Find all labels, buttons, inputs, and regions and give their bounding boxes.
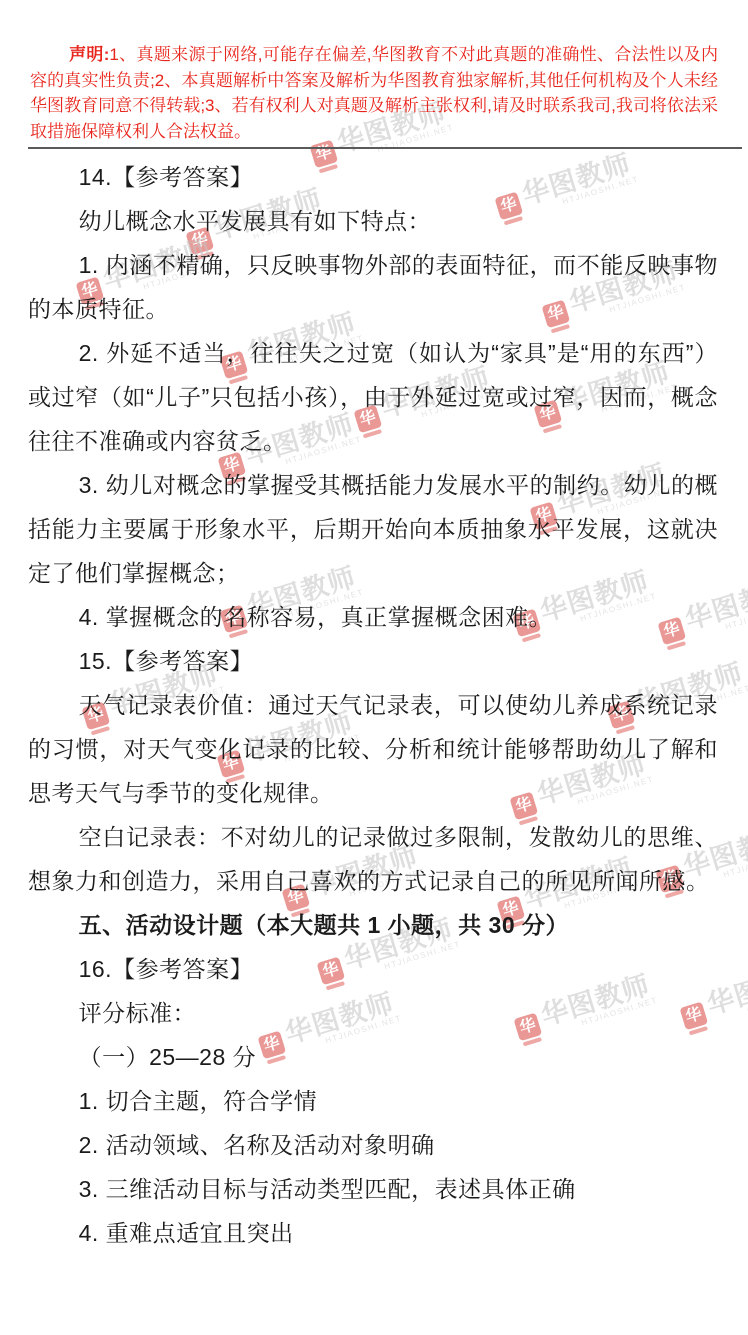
paragraph: 14.【参考答案】 xyxy=(28,155,718,199)
paragraph: 4. 掌握概念的名称容易，真正掌握概念困难。 xyxy=(28,595,718,639)
paragraph: 3. 幼儿对概念的掌握受其概括能力发展水平的制约。幼儿的概括能力主要属于形象水平… xyxy=(28,463,718,595)
disclaimer-paragraph: 声明:1、真题来源于网络,可能存在偏差,华图教育不对此真题的准确性、合法性以及内… xyxy=(0,0,748,147)
paragraph: 2. 外延不适当，往往失之过宽（如认为“家具”是“用的东西”）或过窄（如“儿子”… xyxy=(28,331,718,463)
paragraph: 4. 重难点适宜且突出 xyxy=(28,1211,718,1255)
document-page: 华华图教师HTJIAOSHI.NET华华图教师HTJIAOSHI.NET华华图教… xyxy=(0,0,748,1335)
paragraph: 3. 三维活动目标与活动类型匹配，表述具体正确 xyxy=(28,1167,718,1211)
paragraph: 五、活动设计题（本大题共 1 小题，共 30 分） xyxy=(28,903,718,947)
answer-content: 14.【参考答案】幼儿概念水平发展具有如下特点：1. 内涵不精确，只反映事物外部… xyxy=(0,149,748,1255)
paragraph: 1. 内涵不精确，只反映事物外部的表面特征，而不能反映事物的本质特征。 xyxy=(28,243,718,331)
paragraph: 1. 切合主题，符合学情 xyxy=(28,1079,718,1123)
paragraph: 天气记录表价值：通过天气记录表，可以使幼儿养成系统记录的习惯，对天气变化记录的比… xyxy=(28,683,718,815)
paragraph: 2. 活动领域、名称及活动对象明确 xyxy=(28,1123,718,1167)
disclaimer-label: 声明: xyxy=(69,45,109,64)
paragraph: 空白记录表：不对幼儿的记录做过多限制，发散幼儿的思维、想象力和创造力，采用自己喜… xyxy=(28,815,718,903)
paragraph: 评分标准： xyxy=(28,991,718,1035)
disclaimer-text: 1、真题来源于网络,可能存在偏差,华图教育不对此真题的准确性、合法性以及内容的真… xyxy=(30,45,718,141)
paragraph: 15.【参考答案】 xyxy=(28,639,718,683)
paragraph: （一）25—28 分 xyxy=(28,1035,718,1079)
paragraph: 幼儿概念水平发展具有如下特点： xyxy=(28,199,718,243)
paragraph: 16.【参考答案】 xyxy=(28,947,718,991)
